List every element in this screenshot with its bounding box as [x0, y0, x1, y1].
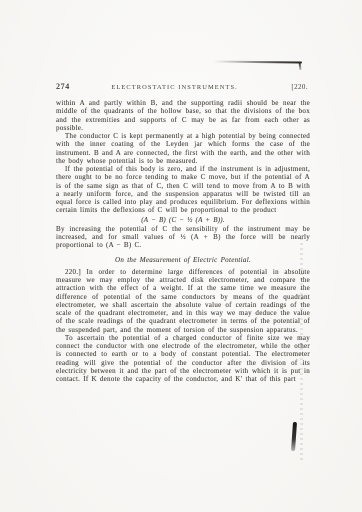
- running-title: ELECTROSTATIC INSTRUMENTS.: [111, 84, 237, 91]
- paragraph-conductor-c: The conductor C is kept permanently at a…: [56, 132, 310, 165]
- scanned-book-page: 274 ELECTROSTATIC INSTRUMENTS. [220. wit…: [0, 0, 362, 512]
- scan-ink-mark: [291, 422, 297, 451]
- page-number: 274: [56, 82, 70, 91]
- paragraph-ascertain-potential: To ascertain the potential of a charged …: [56, 334, 310, 384]
- formula: (A − B) (C − ½ (A + B)).: [56, 216, 310, 224]
- paragraph-sensibility: By increasing the potential of C the sen…: [56, 225, 310, 250]
- paragraph-potential-zero: If the potential of this body is zero, a…: [56, 165, 310, 215]
- section-marker: [220.: [291, 83, 308, 91]
- body-text: within A and partly within B, and the su…: [56, 99, 310, 383]
- paragraph-220: 220.] In order to determine large differ…: [56, 268, 310, 334]
- paragraph-continuation: within A and partly within B, and the su…: [56, 99, 310, 132]
- running-head: 274 ELECTROSTATIC INSTRUMENTS. [220.: [56, 82, 308, 91]
- scan-crease-line: [213, 61, 302, 64]
- section-heading: On the Measurement of Electric Potential…: [56, 256, 310, 264]
